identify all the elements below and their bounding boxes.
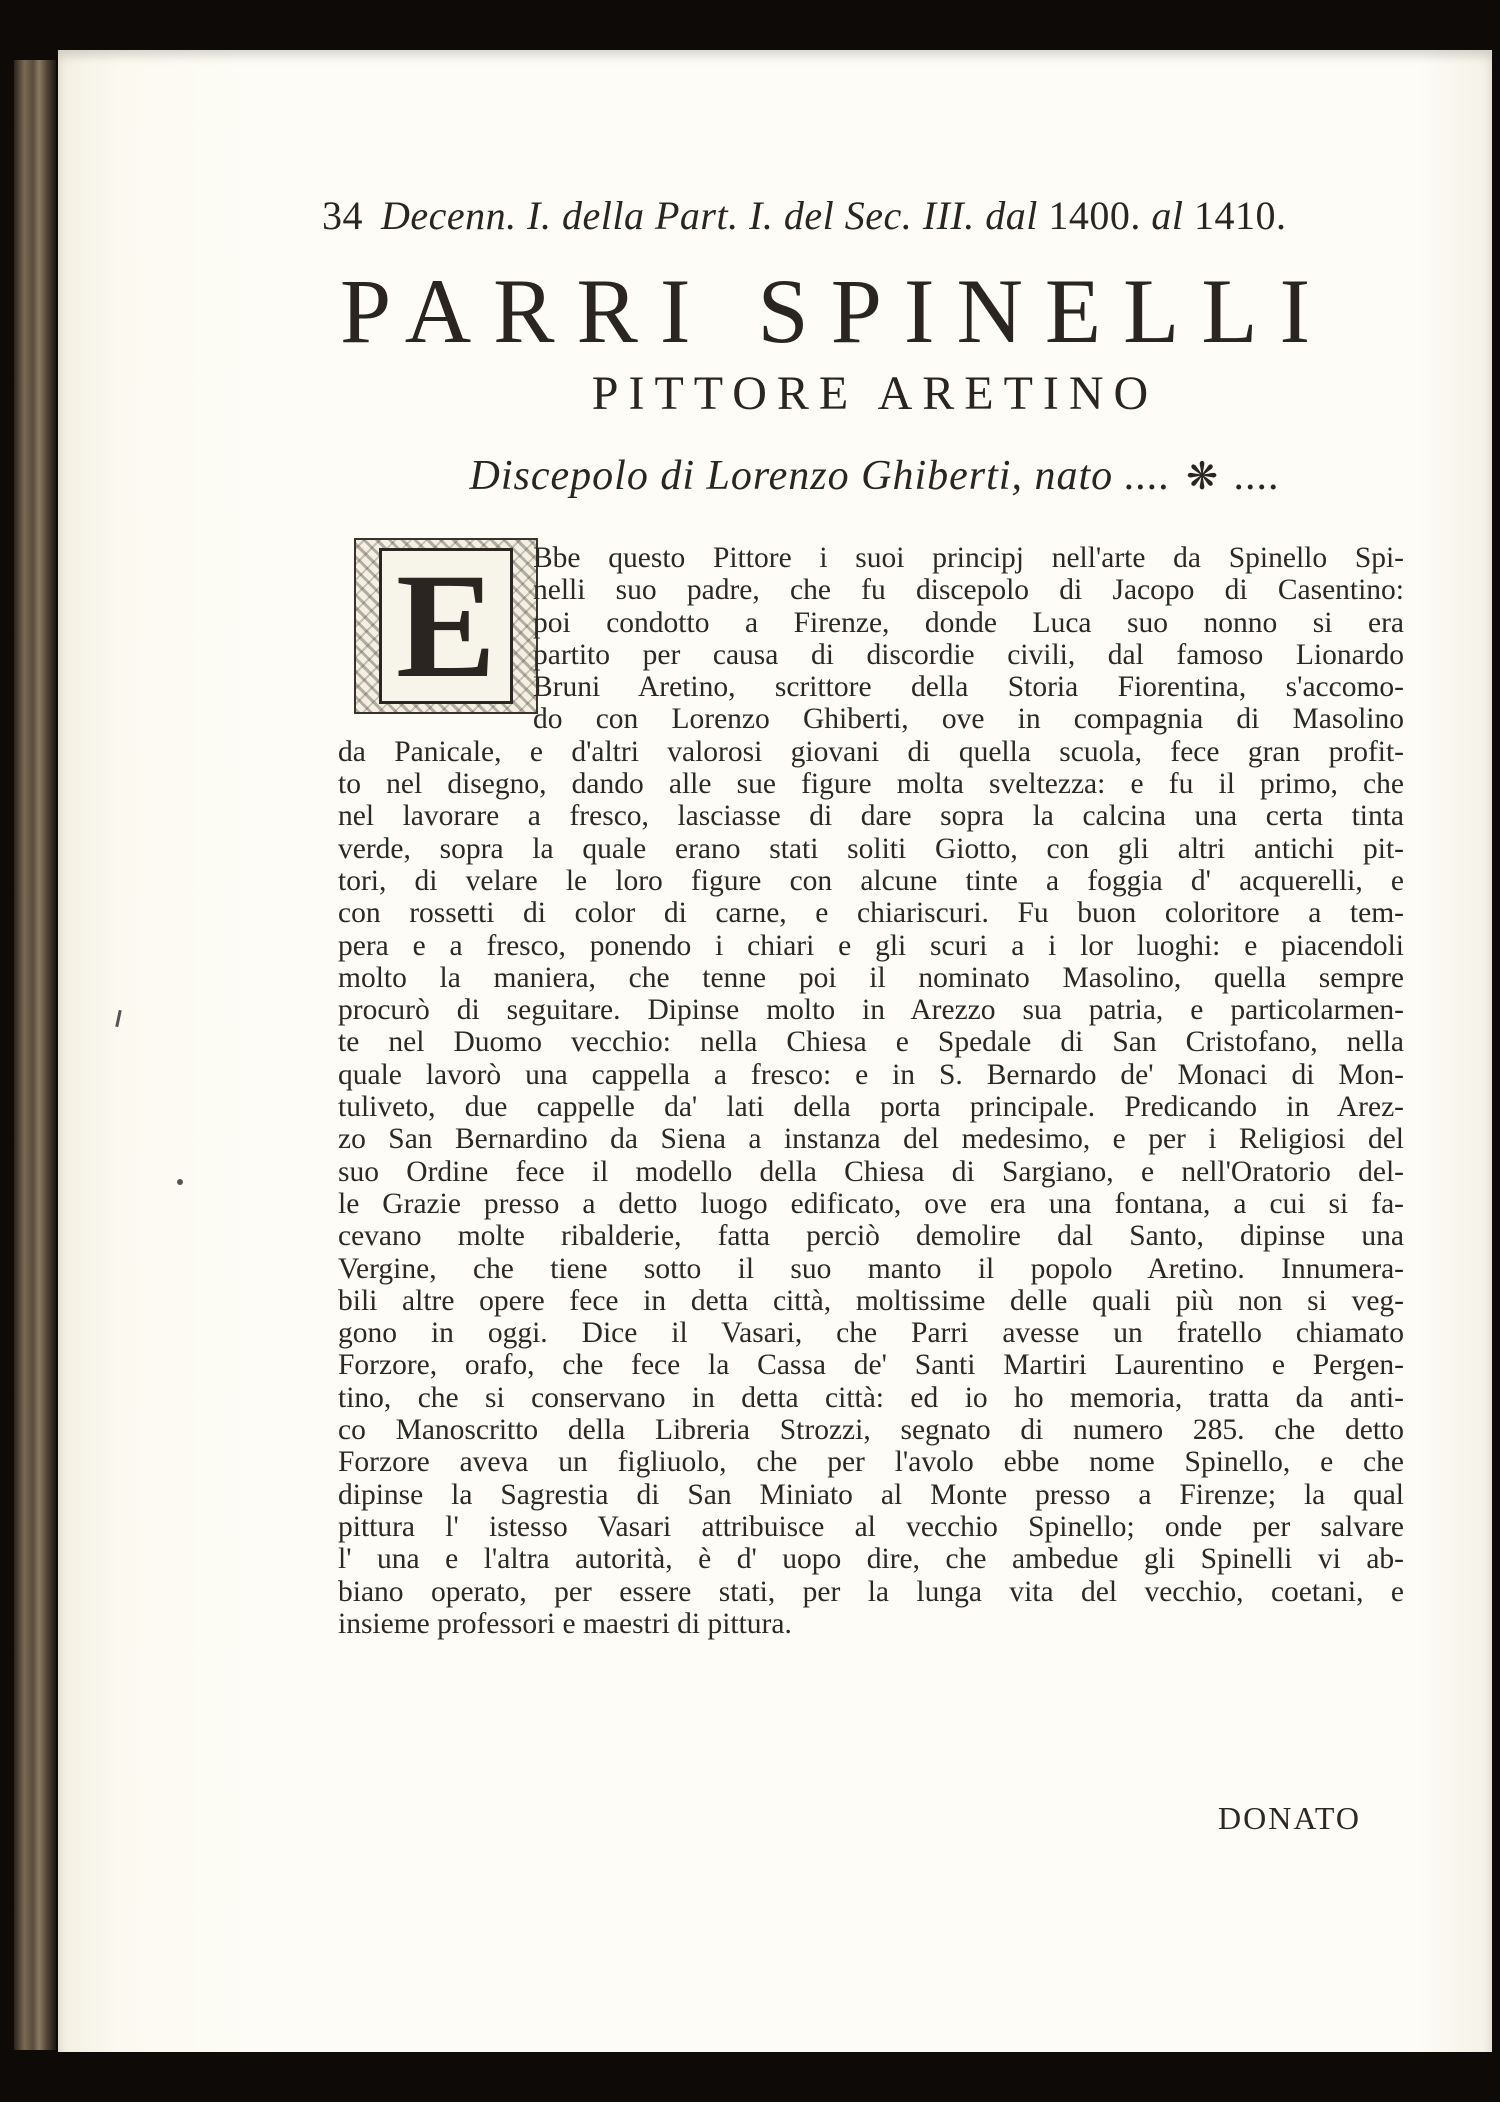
text-line: gono in oggi. Dice il Vasari, che Parri … — [338, 1317, 1404, 1349]
text-line: bili altre opere fece in detta città, mo… — [338, 1285, 1404, 1317]
dedication-trailing: .... — [1234, 453, 1280, 499]
catchword: DONATO — [1218, 1800, 1361, 1837]
text-line: molto la maniera, che tenne poi il nomin… — [338, 962, 1404, 994]
text-line: Bruni Aretino, scrittore della Storia Fi… — [338, 671, 1404, 703]
text-line: Forzore aveva un figliuolo, che per l'av… — [338, 1446, 1404, 1478]
text-line: Forzore, orafo, che fece la Cassa de' Sa… — [338, 1349, 1404, 1381]
page-number: 34 — [322, 193, 363, 238]
book-spine-edge — [14, 60, 56, 2050]
text-line: zo San Bernardino da Siena a instanza de… — [338, 1123, 1404, 1155]
text-line: biano operato, per essere stati, per la … — [338, 1576, 1404, 1608]
text-line: do con Lorenzo Ghiberti, ove in compagni… — [338, 703, 1404, 735]
running-head-text: Decenn. I. della Part. I. del Sec. III. … — [381, 193, 1038, 238]
text-line: cevano molte ribalderie, fatta perciò de… — [338, 1220, 1404, 1252]
text-line: dipinse la Sagrestia di San Miniato al M… — [338, 1479, 1404, 1511]
running-head-year-end: 1410. — [1194, 193, 1287, 238]
running-head-year-start: 1400. — [1048, 193, 1141, 238]
text-line: da Panicale, e d'altri valorosi giovani … — [338, 736, 1404, 768]
page-subtitle: PITTORE ARETINO — [330, 366, 1420, 421]
text-line: con rossetti di color di carne, e chiari… — [338, 897, 1404, 929]
body-paragraph: Bbe questo Pittore i suoi principj nell'… — [338, 542, 1404, 1640]
text-line: tori, di velare le loro figure con alcun… — [338, 865, 1404, 897]
text-line: procurò di seguitare. Dipinse molto in A… — [338, 994, 1404, 1026]
text-line: quale lavorò una cappella a fresco: e in… — [338, 1059, 1404, 1091]
text-line: Bbe questo Pittore i suoi principj nell'… — [338, 542, 1404, 574]
text-line: verde, sopra la quale erano stati soliti… — [338, 833, 1404, 865]
paper-blemish — [177, 1179, 183, 1185]
text-line: partito per causa di discordie civili, d… — [338, 639, 1404, 671]
text-line: tuliveto, due cappelle da' lati della po… — [338, 1091, 1404, 1123]
dedication-text: Discepolo di Lorenzo Ghiberti, nato .... — [470, 453, 1171, 499]
text-line: pera e a fresco, ponendo i chiari e gli … — [338, 930, 1404, 962]
running-head-al: al — [1151, 193, 1183, 238]
text-line: suo Ordine fece il modello della Chiesa … — [338, 1156, 1404, 1188]
text-line: nelli suo padre, che fu discepolo di Jac… — [338, 574, 1404, 606]
text-line: poi condotto a Firenze, donde Luca suo n… — [338, 607, 1404, 639]
text-line: Vergine, che tiene sotto il suo manto il… — [338, 1253, 1404, 1285]
text-line: tino, che si conservano in detta città: … — [338, 1382, 1404, 1414]
page-title: PARRI SPINELLI — [340, 258, 1400, 364]
text-line: le Grazie presso a detto luogo edificato… — [338, 1188, 1404, 1220]
text-line: te nel Duomo vecchio: nella Chiesa e Spe… — [338, 1026, 1404, 1058]
text-line: l' una e l'altra autorità, è d' uopo dir… — [338, 1543, 1404, 1575]
dedication-line: Discepolo di Lorenzo Ghiberti, nato ....… — [330, 452, 1420, 500]
text-line: to nel disegno, dando alle sue figure mo… — [338, 768, 1404, 800]
text-line: nel lavorare a fresco, lasciasse di dare… — [338, 800, 1404, 832]
ornament-icon: ❋ — [1186, 456, 1219, 498]
running-head: 34Decenn. I. della Part. I. del Sec. III… — [322, 192, 1382, 239]
text-line: co Manoscritto della Libreria Strozzi, s… — [338, 1414, 1404, 1446]
text-line: insieme professori e maestri di pittura. — [338, 1608, 1404, 1640]
text-line: pittura l' istesso Vasari attribuisce al… — [338, 1511, 1404, 1543]
